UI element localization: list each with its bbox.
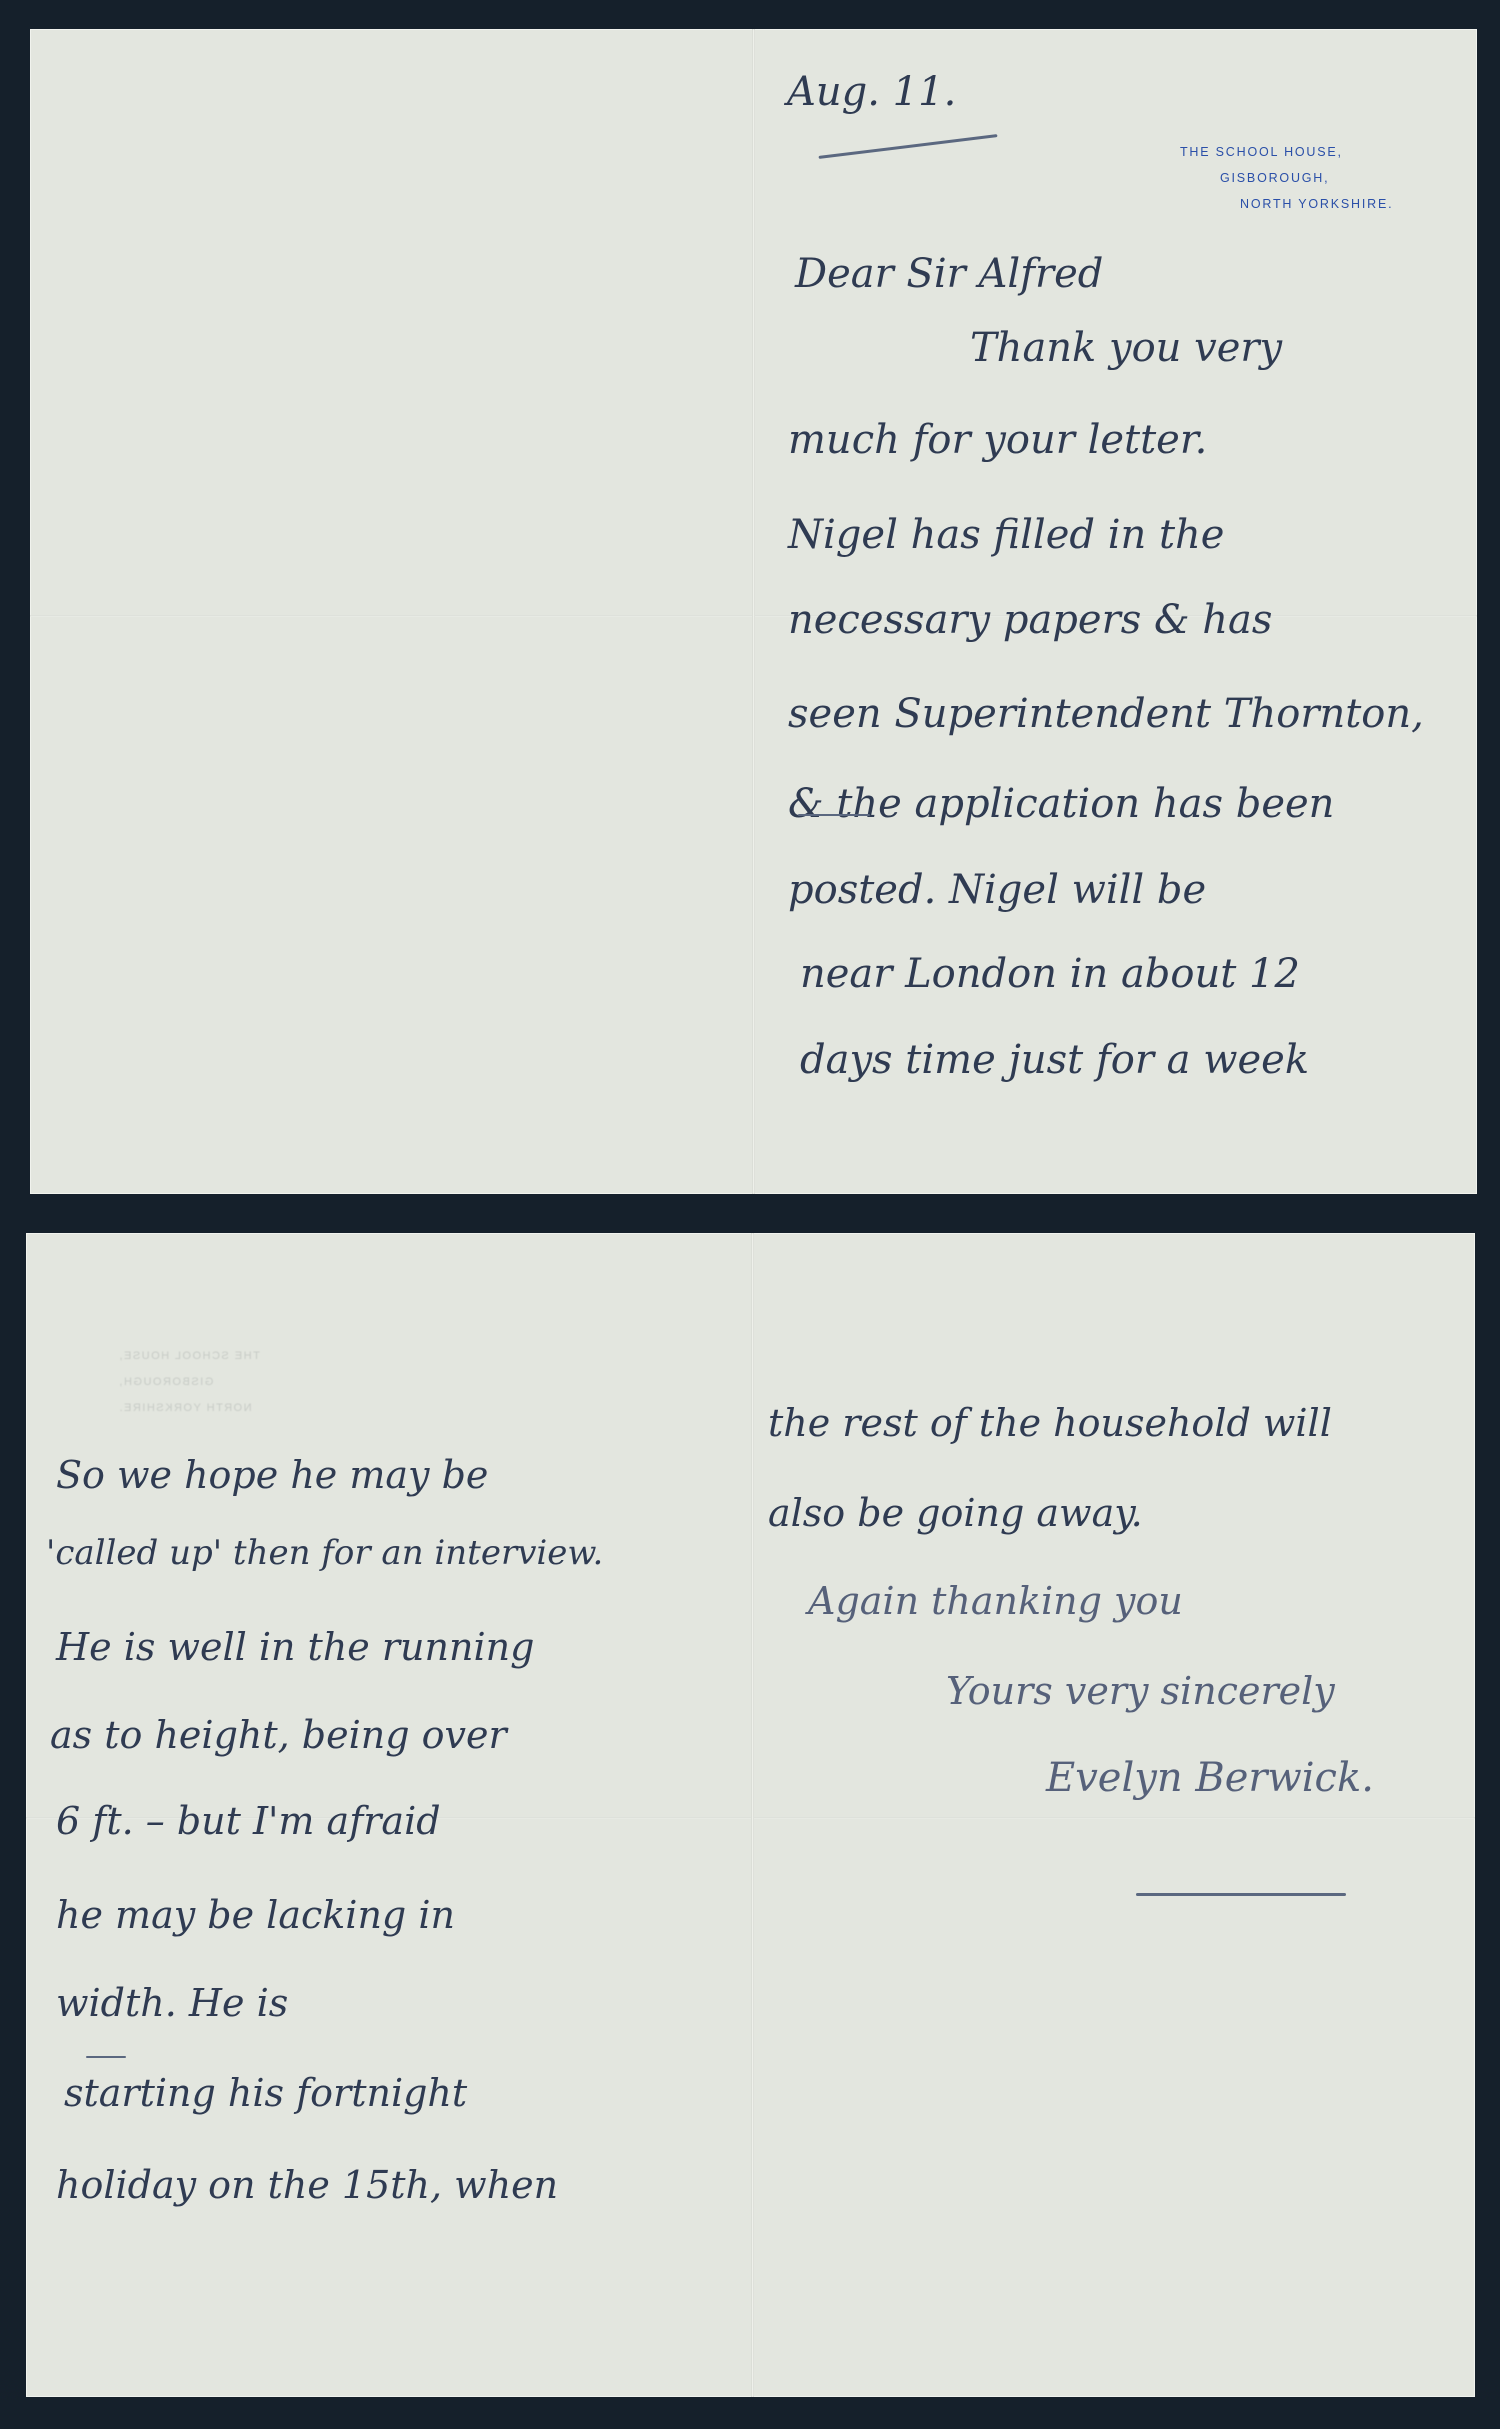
letter-line: Nigel has filled in the (788, 512, 1224, 558)
letter-line: posted. Nigel will be (788, 867, 1206, 913)
letter-line: days time just for a week (800, 1037, 1309, 1083)
letter-line: the rest of the household will (768, 1401, 1332, 1445)
signature: Evelyn Berwick. (1046, 1755, 1374, 1801)
letter-line: also be going away. (768, 1491, 1143, 1535)
salutation: Dear Sir Alfred (795, 251, 1103, 297)
signature-underline (1136, 1893, 1346, 1896)
closing: Yours very sincerely (946, 1669, 1335, 1713)
letter-line: So we hope he may be (56, 1453, 488, 1497)
vertical-fold (752, 29, 755, 1194)
date-underline (818, 134, 997, 159)
letterhead-line: THE SCHOOL HOUSE, (1180, 139, 1393, 165)
vertical-fold (751, 1233, 754, 2397)
letter-line: he may be lacking in (56, 1893, 455, 1937)
ghost-letterhead-line: THE SCHOOL HOUSE, (118, 1343, 260, 1369)
letter-line: Again thanking you (808, 1579, 1183, 1623)
letter-line: width. He is (56, 1981, 288, 2025)
letter-line: 'called up' then for an interview. (46, 1533, 603, 1573)
ghost-letterhead-line: NORTH YORKSHIRE. (118, 1395, 260, 1421)
letter-line: seen Superintendent Thornton, (788, 691, 1424, 737)
letter-line: He is well in the running (56, 1625, 534, 1669)
ghost-letterhead: THE SCHOOL HOUSE, GISBOROUGH, NORTH YORK… (118, 1343, 260, 1421)
letterhead: THE SCHOOL HOUSE, GISBOROUGH, NORTH YORK… (1180, 139, 1393, 217)
horizontal-fold (30, 615, 752, 617)
letter-line: Thank you very (970, 325, 1282, 371)
letterhead-line: GISBOROUGH, (1180, 165, 1393, 191)
letter-line: 6 ft. – but I'm afraid (56, 1799, 441, 1843)
letter-line: holiday on the 15th, when (56, 2163, 558, 2207)
letter-line: starting his fortnight (64, 2071, 467, 2115)
horizontal-fold (754, 1817, 1475, 1819)
letter-line: near London in about 12 (800, 951, 1300, 997)
strikethrough-mark (798, 814, 870, 816)
letter-line: as to height, being over (50, 1713, 507, 1757)
letter-sheet-2: THE SCHOOL HOUSE, GISBOROUGH, NORTH YORK… (26, 1233, 1475, 2397)
letter-line: necessary papers & has (788, 597, 1272, 643)
letter-date: Aug. 11. (787, 69, 956, 115)
letterhead-line: NORTH YORKSHIRE. (1180, 191, 1393, 217)
letter-line: much for your letter. (788, 417, 1207, 463)
ghost-letterhead-line: GISBOROUGH, (118, 1369, 260, 1395)
word-underline (86, 2056, 126, 2058)
letter-sheet-1: Aug. 11. THE SCHOOL HOUSE, GISBOROUGH, N… (30, 29, 1477, 1194)
letter-line: & the application has been (788, 781, 1334, 827)
